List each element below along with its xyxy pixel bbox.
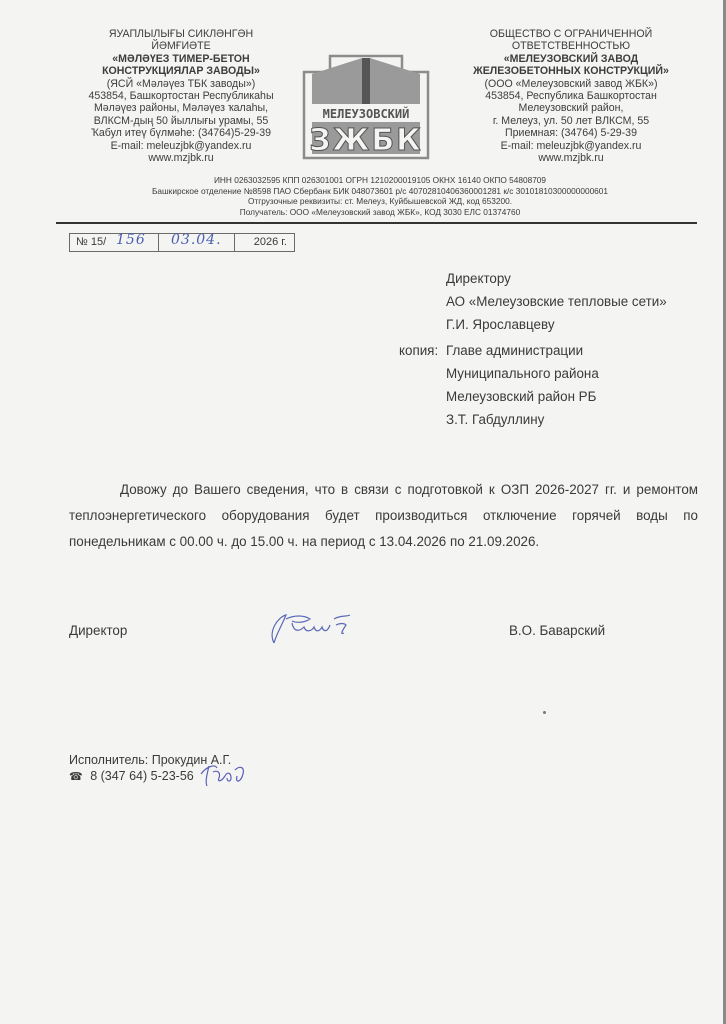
header-right-detail: (ООО «Мелеузовский завод ЖБК») [438, 78, 704, 90]
header-divider [56, 222, 697, 224]
header-left-detail: 453854, Башкортостан Республикаһы [58, 90, 304, 102]
copy-addressee-block: копия: Главе администрации Муниципальног… [399, 339, 599, 431]
header-left-detail: Ҡабул итеү бүлмәһе: (34764)5-29-39 [58, 127, 304, 139]
requisites-line: ИНН 0263032595 КПП 026301001 ОГРН 121020… [60, 175, 700, 186]
header-left-website: www.mzjbk.ru [58, 152, 304, 164]
executor-phone: 8 (347 64) 5-23-56 [90, 769, 194, 783]
header-left-detail: ВЛКСМ-дың 50 йыллығы урамы, 55 [58, 115, 304, 127]
ref-prefix: № 15/ [76, 236, 106, 248]
copy-line: Муниципального района [446, 362, 599, 385]
header-right-website: www.mzjbk.ru [438, 152, 704, 164]
copy-line: З.Т. Габдуллину [446, 408, 544, 431]
copy-line: Мелеузовский район РБ [446, 385, 596, 408]
ref-year: 2026 г. [235, 234, 294, 251]
copy-label: копия: [399, 339, 446, 362]
header-right-russian: ОБЩЕСТВО С ОГРАНИЧЕННОЙ ОТВЕТСТВЕННОСТЬЮ… [438, 28, 704, 164]
ref-number-handwritten: 156 [116, 232, 146, 249]
header-right-detail: Мелеузовский район, [438, 102, 704, 114]
header-left-bashkir: ЯУАПЛЫЛЫҒЫ СИКЛӘНГӘН ЙӘМҒИӘТЕ «МӘЛӘҮЕЗ Т… [58, 28, 304, 164]
header-left-line: ЯУАПЛЫЛЫҒЫ СИКЛӘНГӘН [58, 28, 304, 40]
header-left-email: E-mail: meleuzjbk@yandex.ru [58, 140, 304, 152]
addressee-block: Директору АО «Мелеузовские тепловые сети… [446, 267, 667, 336]
handwritten-signature-icon [264, 611, 364, 647]
letter-page: ЯУАПЛЫЛЫҒЫ СИКЛӘНГӘН ЙӘМҒИӘТЕ «МӘЛӘҮЕЗ Т… [0, 0, 726, 1024]
requisites-line: Получатель: ООО «Мелеузовский завод ЖБК»… [60, 207, 700, 218]
signer-title: Директор [69, 623, 127, 638]
scan-speck [543, 711, 546, 714]
header-right-line: ОБЩЕСТВО С ОГРАНИЧЕННОЙ [438, 28, 704, 40]
header-left-line: ЙӘМҒИӘТЕ [58, 40, 304, 52]
header-right-company: ЖЕЛЕЗОБЕТОННЫХ КОНСТРУКЦИЙ» [438, 65, 704, 77]
svg-text:МЕЛЕУЗОВСКИЙ: МЕЛЕУЗОВСКИЙ [323, 106, 410, 121]
header-right-line: ОТВЕТСТВЕННОСТЬЮ [438, 40, 704, 52]
header-left-detail: Мәләүез районы, Мәләүез ҡалаһы, [58, 102, 304, 114]
svg-text:ЗЖБК: ЗЖБК [309, 123, 422, 158]
addressee-line: Г.И. Ярославцеву [446, 313, 667, 336]
header-right-email: E-mail: meleuzjbk@yandex.ru [438, 140, 704, 152]
header-left-detail: (ЯСЙ «Мәләүез ТБК заводы») [58, 78, 304, 90]
company-logo: МЕЛЕУЗОВСКИЙ ЗЖБК [300, 52, 432, 162]
requisites-line: Отгрузочные реквизиты: ст. Мелеуз, Куйбы… [60, 196, 700, 207]
body-paragraph: Довожу до Вашего сведения, что в связи с… [69, 477, 698, 555]
executor-block: Исполнитель: Прокудин А.Г. ☎ 8 (347 64) … [69, 752, 231, 785]
header-right-detail: г. Мелеуз, ул. 50 лет ВЛКСМ, 55 [438, 115, 704, 127]
ref-date-cell: 03.04. [159, 234, 235, 251]
addressee-line: АО «Мелеузовские тепловые сети» [446, 290, 667, 313]
header-right-company: «МЕЛЕУЗОВСКИЙ ЗАВОД [438, 53, 704, 65]
copy-line: Главе администрации [446, 339, 583, 362]
letter-body: Довожу до Вашего сведения, что в связи с… [69, 477, 698, 555]
header-right-detail: 453854, Республика Башкортостан [438, 90, 704, 102]
executor-initials-signature-icon [197, 760, 253, 788]
header-right-detail: Приемная: (34764) 5-29-39 [438, 127, 704, 139]
addressee-line: Директору [446, 267, 667, 290]
reference-number-box: № 15/ 156 03.04. 2026 г. [69, 233, 295, 252]
telephone-icon: ☎ [69, 771, 83, 783]
requisites-line: Башкирское отделение №8598 ПАО Сбербанк … [60, 186, 700, 197]
zhbk-logo-icon: МЕЛЕУЗОВСКИЙ ЗЖБК [300, 52, 432, 162]
company-requisites: ИНН 0263032595 КПП 026301001 ОГРН 121020… [60, 175, 700, 217]
header-left-company: КОНСТРУКЦИЯЛАР ЗАВОДЫ» [58, 65, 304, 77]
signer-name: В.О. Баварский [509, 623, 605, 638]
ref-number-cell: № 15/ 156 [70, 234, 159, 251]
ref-date-handwritten: 03.04. [171, 232, 222, 249]
header-left-company: «МӘЛӘҮЕЗ ТИМЕР-БЕТОН [58, 53, 304, 65]
